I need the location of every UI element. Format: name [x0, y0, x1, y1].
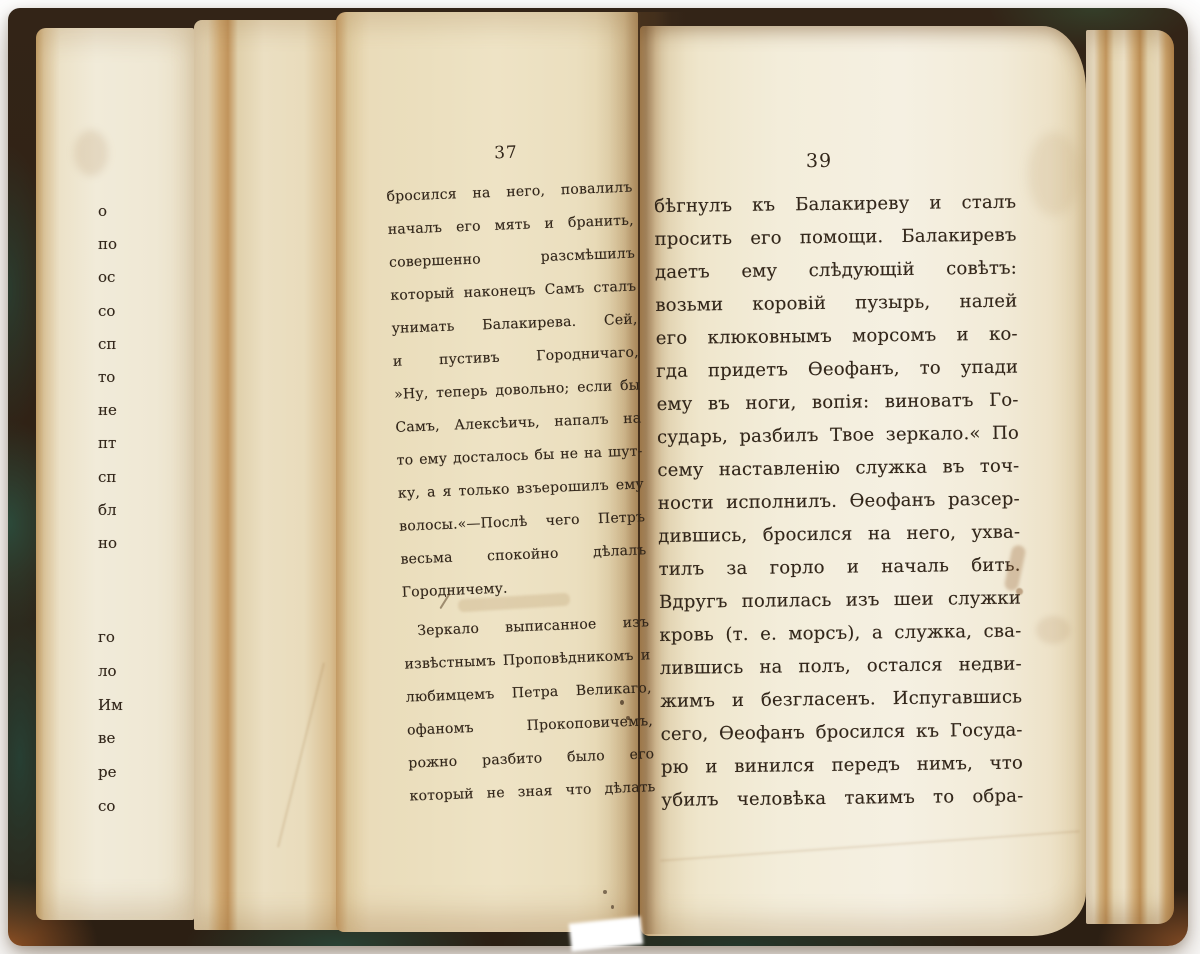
- left-page-number: 37: [486, 142, 527, 163]
- right-page-number: 39: [799, 150, 839, 172]
- text-fragment: сп: [98, 461, 138, 494]
- text-line: Вдругъ полилась изъ шеи служки: [659, 582, 1021, 619]
- edge-fragment-column-upper: о по ос со сп то не пт сп бл но: [98, 195, 138, 561]
- left-page-text: бросился на него, повалилъ его, началъ е…: [386, 172, 656, 814]
- text-fragment: го: [98, 621, 138, 655]
- page-edge-stack-right: [1086, 30, 1174, 924]
- text-fragment: ре: [98, 756, 138, 790]
- gutter-gap: [569, 916, 644, 951]
- text-line: ности исполнилъ. Ѳеофанъ разсер-: [658, 483, 1020, 520]
- text-fragment: не: [98, 394, 138, 427]
- book-photo: о по ос со сп то не пт сп бл но го ло Им…: [0, 0, 1200, 954]
- text-line: тилъ за горло и началь бить.: [658, 549, 1020, 586]
- text-line: дившись, бросился на него, ухва-: [658, 516, 1020, 553]
- text-fragment: сп: [98, 328, 138, 361]
- text-line: сему наставленію служка въ точ-: [657, 450, 1019, 487]
- text-line: рю и винился передъ нимъ, что: [661, 747, 1023, 784]
- text-line: его клюковнымъ морсомъ и ко-: [656, 318, 1018, 355]
- text-line: даетъ ему слѣдующій совѣтъ:: [655, 252, 1017, 289]
- text-line: сударь, разбилъ Твое зеркало.« По: [657, 417, 1019, 454]
- text-fragment: ло: [98, 655, 138, 689]
- text-line: ему въ ноги, вопія: виноватъ Го-: [656, 384, 1018, 421]
- text-fragment: о: [98, 195, 138, 228]
- text-fragment: бл: [98, 494, 138, 527]
- text-line: жимъ и безгласенъ. Испугавшись: [660, 681, 1022, 718]
- text-line: просить его помощи. Балакиревъ: [654, 219, 1016, 256]
- text-line: кровь (т. е. морсъ), а служка, сва-: [659, 615, 1021, 652]
- text-fragment: пт: [98, 427, 138, 460]
- text-fragment: со: [98, 790, 138, 823]
- edge-fragment-column-lower: го ло Им ве ре со: [98, 621, 138, 823]
- text-line: возьми коровій пузырь, налей: [655, 285, 1017, 322]
- right-page-text: бѣгнулъ къ Балакиреву и сталъ просить ег…: [654, 186, 1024, 817]
- text-line: сего, Ѳеофанъ бросился къ Госуда-: [660, 714, 1022, 751]
- text-fragment: по: [98, 228, 138, 261]
- text-fragment: со: [98, 295, 138, 328]
- text-line: убилъ человѣка такимъ то обра-: [661, 780, 1023, 817]
- text-line: лившись на полъ, остался недви-: [660, 648, 1022, 685]
- text-line: бѣгнулъ къ Балакиреву и сталъ: [654, 186, 1016, 223]
- text-line: гда придетъ Ѳеофанъ, то упади: [656, 351, 1018, 388]
- text-fragment: Им: [98, 689, 138, 723]
- text-fragment: но: [98, 527, 138, 560]
- text-fragment: ве: [98, 722, 138, 756]
- text-fragment: ос: [98, 261, 138, 294]
- text-fragment: то: [98, 361, 138, 394]
